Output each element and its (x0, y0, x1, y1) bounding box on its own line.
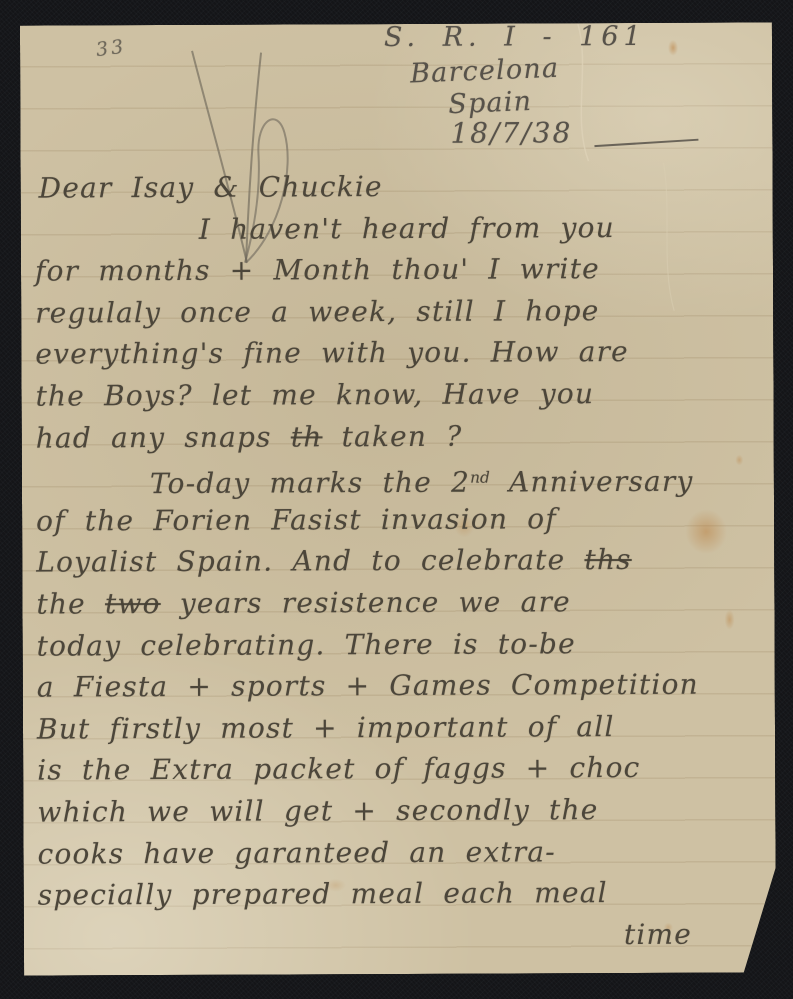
letter-line-segment: th (291, 420, 323, 453)
letter-line: had any snaps th taken ? (30, 416, 774, 461)
letter-line: To-day marks the 2nd Anniversary (30, 458, 774, 503)
letter-line: of the Forien Fasist invasion of (30, 499, 774, 544)
letter-line-segment: a Fiesta + sports + Games Competition (37, 668, 699, 704)
letter-body: Dear Isay & ChuckieI haven't heard from … (29, 166, 776, 960)
letter-line-segment: nd (470, 469, 490, 487)
letter-line: a Fiesta + sports + Games Competition (31, 665, 775, 710)
letter-line: Dear Isay & Chuckie (29, 166, 773, 211)
letter-line-segment: Dear Isay & Chuckie (39, 170, 383, 205)
letter-paper: 33 S. R. I - 161 Barcelona Spain 18/7/38… (20, 22, 776, 975)
letter-line: But firstly most + important of all (31, 707, 775, 752)
header-reference: S. R. I - 161 (384, 21, 646, 53)
archive-number: 33 (95, 35, 128, 61)
letter-line-segment: today celebrating. There is to-be (37, 627, 576, 662)
letter-line: I haven't heard from you (29, 208, 773, 253)
letter-line-segment: But firstly most + important of all (37, 710, 615, 746)
stain-mark (666, 37, 680, 59)
letter-line-segment: everything's fine with you. How are (35, 335, 629, 371)
letter-line-segment: I haven't heard from you (199, 211, 615, 246)
letter-line: everything's fine with you. How are (29, 333, 773, 378)
letter-line: regulaly once a week, still I hope (29, 291, 773, 336)
letter-line: cooks have garanteed an extra- (31, 832, 775, 877)
letter-line-segment: which we will get + secondly the (37, 793, 598, 828)
letter-line-segment: years resistence we are (161, 585, 571, 620)
letter-line-segment: specially prepared meal each meal (38, 876, 608, 911)
letter-line: the Boys? let me know, Have you (29, 374, 773, 419)
letter-line: specially prepared meal each meal (32, 873, 776, 918)
letter-line-segment: of the Forien Fasist invasion of (36, 502, 557, 537)
letter-line-segment: To-day marks the 2 (150, 466, 470, 500)
letter-line: today celebrating. There is to-be (31, 624, 775, 669)
header-city: Barcelona (410, 53, 560, 90)
photo-background: 33 S. R. I - 161 Barcelona Spain 18/7/38… (0, 0, 793, 999)
letter-line: which we will get + secondly the (31, 790, 775, 835)
letter-line-segment: time (624, 917, 692, 950)
letter-line-segment: the (36, 587, 105, 620)
letter-line-segment: Anniversary (490, 465, 694, 499)
letter-line-segment: for months + Month thou' I write (35, 252, 600, 287)
letter-line-segment: is the Extra packet of faggs + choc (37, 751, 640, 787)
letter-line: time (32, 915, 776, 960)
letter-line-segment: Loyalist Spain. And to celebrate (36, 544, 584, 579)
header-date: 18/7/38 (450, 116, 572, 150)
letter-line-segment: the Boys? let me know, Have you (35, 377, 594, 412)
letter-line-segment: cooks have garanteed an extra- (37, 835, 556, 870)
letter-line-segment: ths (584, 543, 631, 576)
letter-line: for months + Month thou' I write (29, 250, 773, 295)
letter-line-segment: regulaly once a week, still I hope (35, 294, 599, 329)
letter-line-segment: had any snaps (36, 420, 291, 454)
letter-line: the two years resistence we are (30, 582, 774, 627)
letter-line: is the Extra packet of faggs + choc (31, 749, 775, 794)
header-country: Spain (448, 86, 533, 120)
letter-line: Loyalist Spain. And to celebrate ths (30, 541, 774, 586)
date-underline (594, 140, 698, 146)
letter-line-segment: two (105, 587, 161, 620)
letter-line-segment: taken ? (322, 419, 462, 453)
